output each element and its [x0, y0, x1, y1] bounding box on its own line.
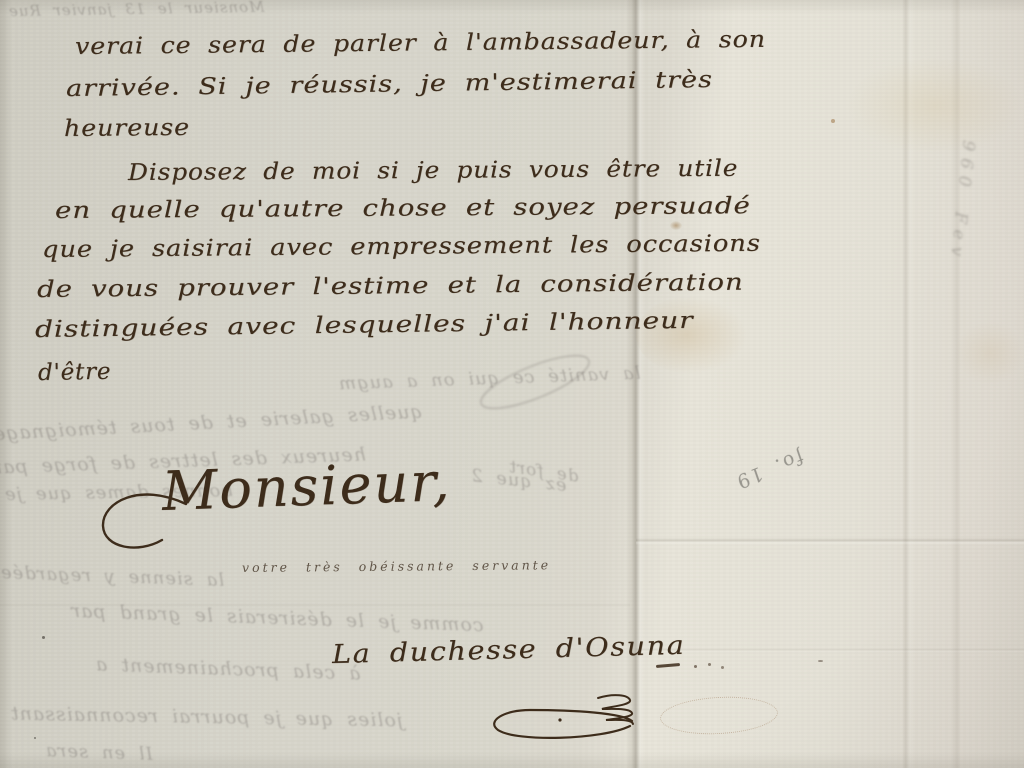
photo-vignette	[0, 0, 1024, 768]
letter-photograph: Monsieur le 13 janvier Rue la vanité ce …	[0, 0, 1024, 768]
